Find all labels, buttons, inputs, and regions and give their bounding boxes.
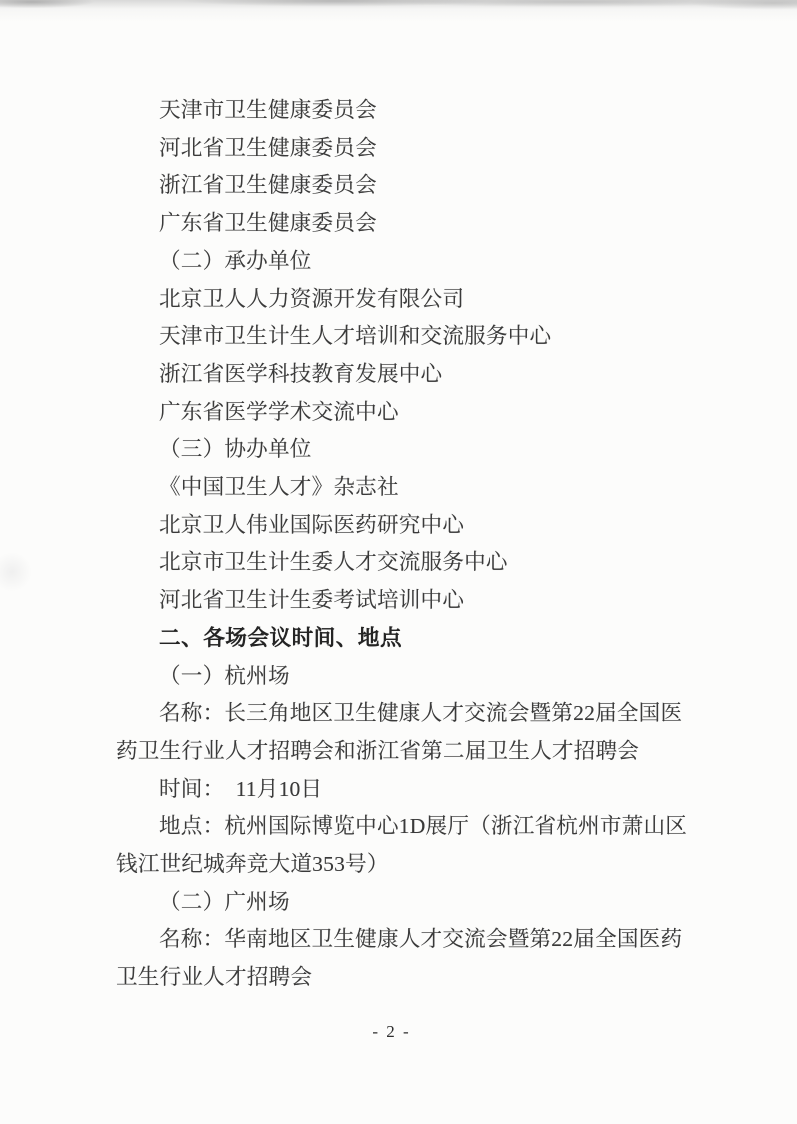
document-line: 河北省卫生计生委考试培训中心: [116, 582, 684, 620]
document-line: 名称：华南地区卫生健康人才交流会暨第22届全国医药: [116, 921, 684, 959]
document-body: 天津市卫生健康委员会河北省卫生健康委员会浙江省卫生健康委员会广东省卫生健康委员会…: [116, 92, 684, 997]
document-line: （一）杭州场: [116, 658, 684, 696]
document-line: 北京市卫生计生委人才交流服务中心: [116, 544, 684, 582]
document-line: 时间： 11月10日: [116, 771, 684, 809]
document-line: 《中国卫生人才》杂志社: [116, 469, 684, 507]
document-line: 名称：长三角地区卫生健康人才交流会暨第22届全国医: [116, 695, 684, 733]
scan-noise-top-edge: [0, 0, 797, 28]
section-heading-line: 二、各场会议时间、地点: [116, 620, 684, 658]
document-line: 北京卫人人力资源开发有限公司: [116, 281, 684, 319]
scan-smudge: [0, 552, 32, 592]
document-line: 浙江省医学科技教育发展中心: [116, 356, 684, 394]
document-line: 天津市卫生健康委员会: [116, 92, 684, 130]
document-line: 药卫生行业人才招聘会和浙江省第二届卫生人才招聘会: [116, 733, 684, 771]
document-page: 天津市卫生健康委员会河北省卫生健康委员会浙江省卫生健康委员会广东省卫生健康委员会…: [0, 0, 797, 1124]
document-line: 钱江世纪城奔竞大道353号）: [116, 846, 684, 884]
document-line: 广东省卫生健康委员会: [116, 205, 684, 243]
document-line: 地点：杭州国际博览中心1D展厅（浙江省杭州市萧山区: [116, 808, 684, 846]
document-line: （三）协办单位: [116, 431, 684, 469]
document-line: 北京卫人伟业国际医药研究中心: [116, 507, 684, 545]
document-line: （二）广州场: [116, 884, 684, 922]
document-line: （二）承办单位: [116, 243, 684, 281]
document-line: 天津市卫生计生人才培训和交流服务中心: [116, 318, 684, 356]
document-line: 河北省卫生健康委员会: [116, 130, 684, 168]
document-line: 浙江省卫生健康委员会: [116, 167, 684, 205]
document-line: 广东省医学学术交流中心: [116, 394, 684, 432]
document-line: 卫生行业人才招聘会: [116, 959, 684, 997]
page-number: - 2 -: [0, 1022, 790, 1042]
